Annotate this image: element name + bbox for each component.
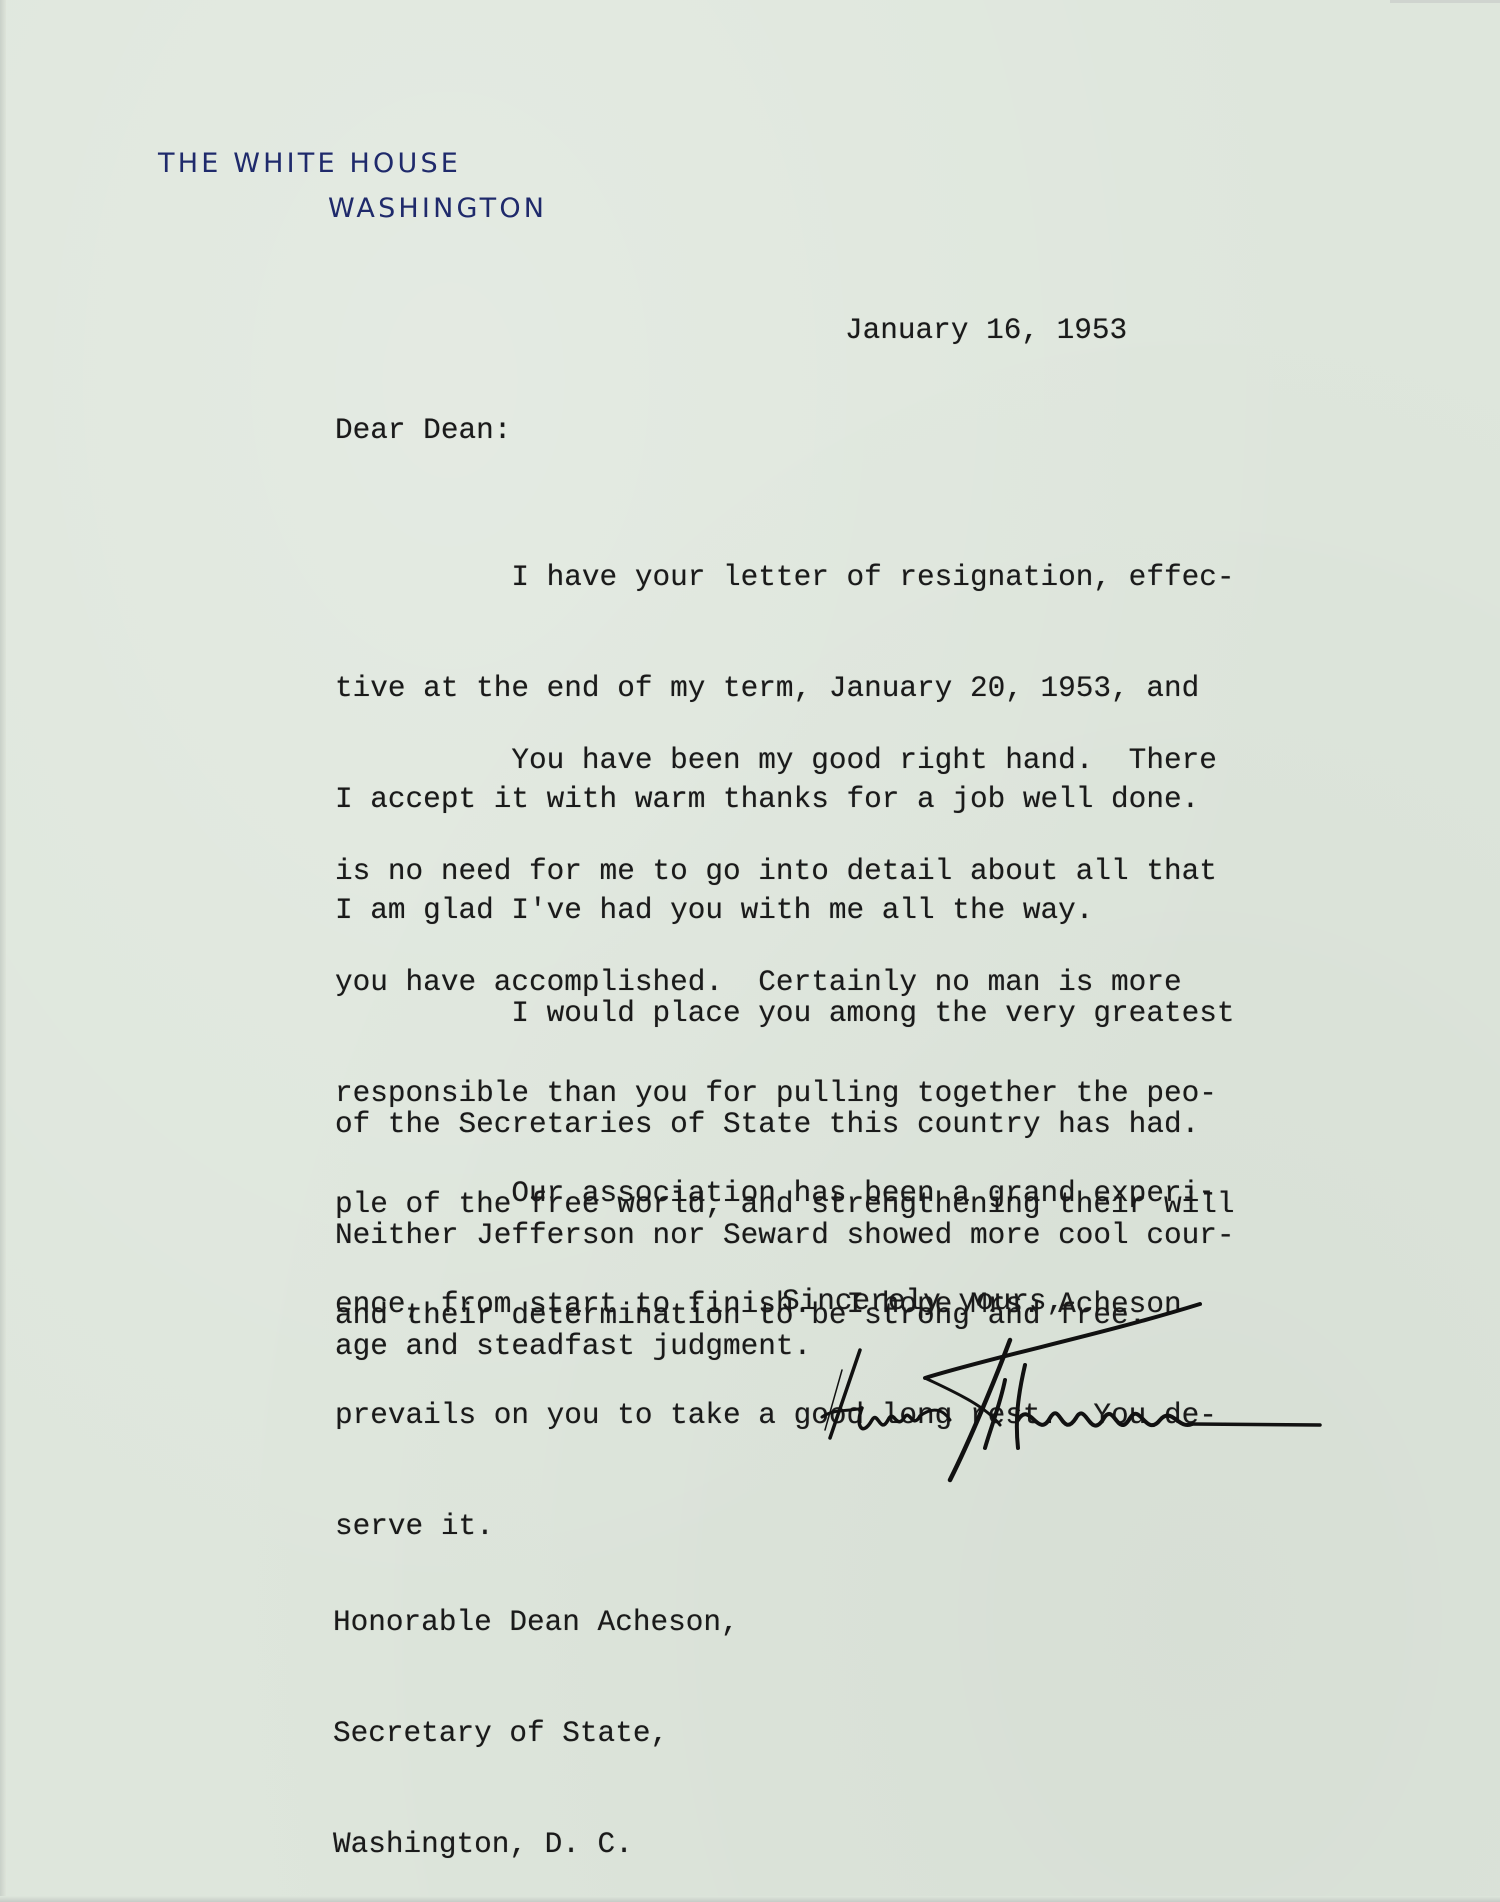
address-line: Honorable Dean Acheson, — [333, 1604, 739, 1641]
address-line: Secretary of State, — [333, 1715, 739, 1752]
signature-image — [800, 1280, 1340, 1500]
letterhead-city: WASHINGTON — [328, 195, 547, 222]
salutation: Dear Dean: — [335, 412, 511, 449]
paragraph-line: is no need for me to go into detail abou… — [335, 853, 1235, 890]
letterhead-title: THE WHITE HOUSE — [158, 150, 461, 177]
address-line: Washington, D. C. — [333, 1826, 739, 1863]
paper-edge-left — [0, 0, 6, 1902]
paragraph-line: You have been my good right hand. There — [335, 742, 1235, 779]
paper-edge-bottom — [0, 1896, 1500, 1902]
letter-date: January 16, 1953 — [845, 312, 1127, 349]
paragraph-line: I have your letter of resignation, effec… — [335, 559, 1235, 596]
paragraph-line: Our association has been a grand experi- — [335, 1175, 1217, 1212]
paper-edge-top — [1390, 0, 1500, 3]
recipient-address: Honorable Dean Acheson, Secretary of Sta… — [333, 1530, 739, 1900]
paragraph-line: I would place you among the very greates… — [335, 995, 1235, 1032]
